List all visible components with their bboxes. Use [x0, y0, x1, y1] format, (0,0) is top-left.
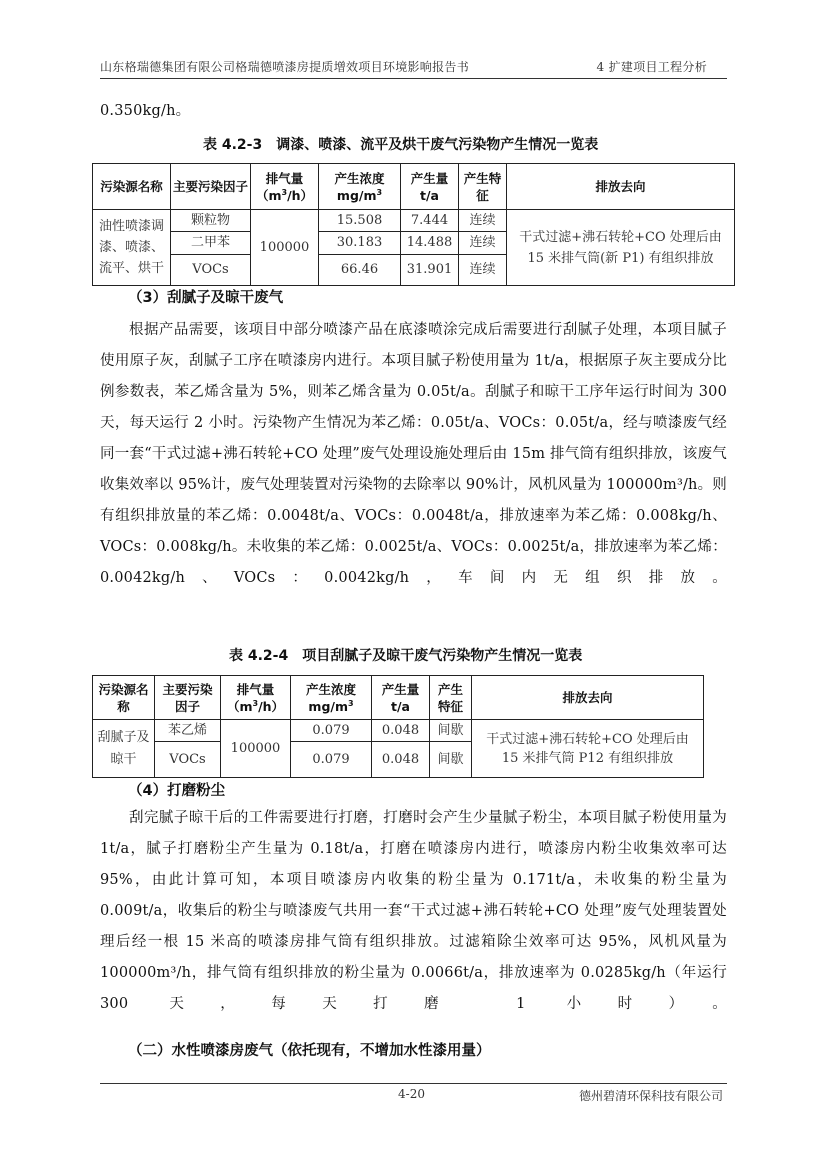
- section3-paragraph: 根据产品需要，该项目中部分喷漆产品在底漆喷涂完成后需要进行刮腻子处理，本项目腻子…: [100, 315, 727, 594]
- cell-feature: 连续: [459, 210, 507, 232]
- th-amount: 产生量t/a: [372, 676, 430, 720]
- th-feature: 产生特征: [430, 676, 472, 720]
- cell-amount: 0.048: [372, 742, 430, 778]
- cell-pollutant: VOCs: [155, 742, 221, 778]
- table1-source: 油性喷漆调漆、喷漆、流平、烘干: [93, 210, 171, 286]
- th-feature: 产生特征: [459, 164, 507, 210]
- table2-destination: 干式过滤+沸石转轮+CO 处理后由 15 米排气筒 P12 有组织排放: [472, 720, 704, 778]
- section-b-title: （二）水性喷漆房废气（依托现有，不增加水性漆用量）: [128, 1039, 491, 1060]
- cell-conc: 0.079: [291, 742, 372, 778]
- table1-exhaust: 100000: [251, 210, 319, 286]
- cell-conc: 0.079: [291, 720, 372, 742]
- table-row: 刮腻子及晾干 苯乙烯 100000 0.079 0.048 间歇 干式过滤+沸石…: [93, 720, 704, 742]
- table1-caption: 表 4.2-3 调漆、喷漆、流平及烘干废气污染物产生情况一览表: [203, 134, 598, 154]
- page-header: 山东格瑞德集团有限公司格瑞德喷漆房提质增效项目环境影响报告书 4 扩建项目工程分…: [100, 56, 727, 79]
- th-pollutant: 主要污染因子: [155, 676, 221, 720]
- table1: 污染源名称 主要污染因子 排气量（m3/h） 产生浓度mg/m3 产生量t/a …: [92, 163, 735, 286]
- table2: 污染源名称 主要污染因子 排气量（m3/h） 产生浓度mg/m3 产生量t/a …: [92, 675, 704, 778]
- cell-amount: 0.048: [372, 720, 430, 742]
- th-amount: 产生量t/a: [401, 164, 459, 210]
- header-chapter: 4 扩建项目工程分析: [597, 58, 707, 75]
- table-row: 油性喷漆调漆、喷漆、流平、烘干 颗粒物 100000 15.508 7.444 …: [93, 210, 735, 232]
- table2-source: 刮腻子及晾干: [93, 720, 155, 778]
- cell-amount: 31.901: [401, 255, 459, 286]
- cell-amount: 7.444: [401, 210, 459, 232]
- cell-pollutant: 颗粒物: [171, 210, 251, 232]
- th-pollutant: 主要污染因子: [171, 164, 251, 210]
- th-exhaust: 排气量（m3/h）: [221, 676, 291, 720]
- table2-caption: 表 4.2-4 项目刮腻子及晾干废气污染物产生情况一览表: [229, 645, 582, 665]
- cell-feature: 连续: [459, 232, 507, 255]
- cell-feature: 连续: [459, 255, 507, 286]
- section4-title: （4）打磨粉尘: [128, 779, 225, 800]
- cell-pollutant: 二甲苯: [171, 232, 251, 255]
- th-exhaust: 排气量（m3/h）: [251, 164, 319, 210]
- th-concentration: 产生浓度mg/m3: [319, 164, 401, 210]
- footer-company: 德州碧清环保科技有限公司: [579, 1087, 723, 1104]
- table2-header-row: 污染源名称 主要污染因子 排气量（m3/h） 产生浓度mg/m3 产生量t/a …: [93, 676, 704, 720]
- cell-feature: 间歇: [430, 720, 472, 742]
- cell-amount: 14.488: [401, 232, 459, 255]
- header-report-title: 山东格瑞德集团有限公司格瑞德喷漆房提质增效项目环境影响报告书: [100, 58, 469, 75]
- cell-conc: 15.508: [319, 210, 401, 232]
- section3-title: （3）刮腻子及晾干废气: [128, 286, 283, 307]
- page-footer: 4-20 德州碧清环保科技有限公司: [100, 1083, 727, 1084]
- table1-header-row: 污染源名称 主要污染因子 排气量（m3/h） 产生浓度mg/m3 产生量t/a …: [93, 164, 735, 210]
- table1-destination: 干式过滤+沸石转轮+CO 处理后由 15 米排气筒(新 P1) 有组织排放: [507, 210, 735, 286]
- th-destination: 排放去向: [472, 676, 704, 720]
- cell-conc: 66.46: [319, 255, 401, 286]
- cell-feature: 间歇: [430, 742, 472, 778]
- cell-pollutant: 苯乙烯: [155, 720, 221, 742]
- page-number: 4-20: [398, 1087, 425, 1101]
- section4-paragraph: 刮完腻子晾干后的工件需要进行打磨，打磨时会产生少量腻子粉尘，本项目腻子粉使用量为…: [100, 803, 727, 1020]
- cell-conc: 30.183: [319, 232, 401, 255]
- th-destination: 排放去向: [507, 164, 735, 210]
- th-concentration: 产生浓度mg/m3: [291, 676, 372, 720]
- th-source: 污染源名称: [93, 164, 171, 210]
- th-source: 污染源名称: [93, 676, 155, 720]
- intro-line: 0.350kg/h。: [100, 96, 727, 127]
- table2-exhaust: 100000: [221, 720, 291, 778]
- cell-pollutant: VOCs: [171, 255, 251, 286]
